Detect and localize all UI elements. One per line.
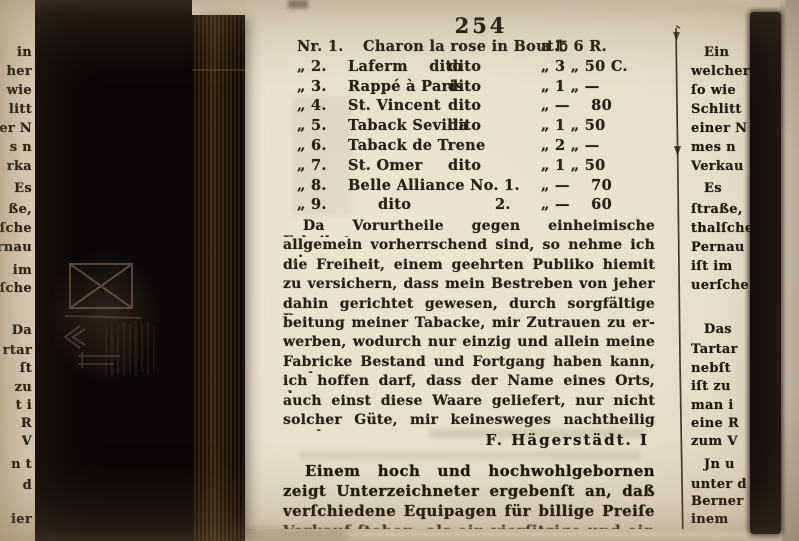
margin-text-fragment: Verkau (691, 159, 744, 174)
margin-text-fragment: s n (10, 140, 32, 155)
margin-text-fragment: ſt (20, 361, 32, 376)
price-row: „ 3. Rappé à Paris dito „ 1 „ — (283, 78, 655, 98)
bottom-smudge (228, 530, 348, 540)
price-row-dito: dito (448, 78, 481, 95)
film-black-strip-right (750, 12, 781, 534)
price-row-price: „ 1 „ 50 (541, 117, 606, 134)
price-row-dito: dito (448, 97, 481, 114)
price-row: „ 7. St. Omer dito „ 1 „ 50 (283, 157, 655, 177)
price-row-number: „ 6. (297, 137, 327, 154)
price-row-number: „ 2. (297, 58, 327, 75)
price-row-name: Rappé à Paris (348, 78, 464, 95)
paragraph-line: dahin gerichtet gewesen, durch sorgfälti… (283, 296, 655, 315)
price-row-number: „ 5. (297, 117, 327, 134)
margin-text-fragment: zu (15, 380, 32, 395)
price-row-name: Taback de Trene (348, 137, 486, 154)
margin-text-fragment: thalſche (691, 221, 753, 236)
margin-text-fragment: t i (16, 398, 32, 413)
price-row-dito: dito (448, 58, 481, 75)
price-row-number: „ 8. (297, 177, 327, 194)
price-row-number: „ 7. (297, 157, 327, 174)
margin-text-fragment: man i (691, 398, 734, 413)
margin-text-fragment: rtar (3, 343, 32, 358)
price-row-price: a ℔ 6 R. (541, 38, 607, 55)
margin-text-fragment: Jn u (704, 457, 735, 472)
price-row-number: „ 4. (297, 97, 327, 114)
column-divider-rule (668, 0, 694, 541)
margin-text-fragment: Das (704, 322, 732, 337)
margin-text-fragment: ier (11, 512, 32, 527)
margin-text-fragment: lſche (0, 221, 32, 236)
paragraph-line: Fabricke Bestand und Fortgang haben kann… (283, 354, 655, 373)
right-margin-column: Ein welcher ſo wie Schlitt einer N mes n… (688, 0, 758, 541)
margin-text-fragment: Tartar (691, 342, 738, 357)
margin-text-fragment: unter d (691, 477, 747, 492)
price-row-name: Laferm dito (348, 58, 462, 75)
margin-text-fragment: Pernau (691, 240, 745, 255)
embossed-stamp-icon (48, 248, 163, 383)
margin-text-fragment: ße, (8, 202, 32, 217)
page-number: 254 (283, 13, 655, 38)
margin-text-fragment: R (21, 416, 32, 431)
price-row: Nr. 1. Charon la rose in Bout. a ℔ 6 R. (283, 38, 655, 58)
margin-text-fragment: ſo wie (691, 83, 736, 98)
price-row: „ 4. St. Vincent dito „ — 80 (283, 97, 655, 117)
notice-paragraph: Einem hoch und hochwohlgebornen Adel zei… (283, 462, 655, 522)
price-row-name: St. Omer (348, 157, 423, 174)
margin-text-fragment: zum V (691, 434, 738, 449)
microfilm-photo: in her wie litt er N s n rka Es ße, lſch… (0, 0, 799, 541)
announcement-paragraph: Da Vorurtheile gegen einheimische Fabrik… (283, 218, 655, 431)
margin-text-fragment: welcher (691, 64, 750, 79)
price-row-price: „ 2 „ — (541, 137, 600, 154)
photo-top-border (245, 0, 785, 9)
paragraph-line: Da Vorurtheile gegen einheimische Fabrik… (283, 218, 655, 237)
price-row-number: „ 9. (297, 196, 327, 213)
margin-text-fragment: iſt im (691, 259, 733, 274)
price-row-dito: dito (448, 117, 481, 134)
margin-text-fragment: V (22, 434, 32, 449)
top-smudge (288, 0, 308, 8)
tobacco-price-list: Nr. 1. Charon la rose in Bout. a ℔ 6 R. … (283, 38, 655, 216)
bleed-through-smudge (300, 451, 640, 460)
notice-line: zeigt Unterzeichneter ergebenſt an, daß … (283, 482, 655, 502)
margin-text-fragment: nebſt (691, 361, 731, 376)
film-band-gutter-edge (192, 15, 245, 541)
margin-text-fragment: eine R (691, 416, 739, 431)
price-row: „ 2. Laferm dito dito „ 3 „ 50 C. (283, 58, 655, 78)
price-row-name: dito (378, 196, 411, 213)
price-row: „ 5. Taback Sevilla dito „ 1 „ 50 (283, 117, 655, 137)
notice-line: Einem hoch und hochwohlgebornen Adel (283, 462, 655, 482)
margin-text-fragment: ſtraße, (691, 202, 743, 217)
margin-text-fragment: uerſche (691, 278, 749, 293)
margin-text-fragment: Es (704, 181, 722, 196)
price-row-price: „ 1 „ — (541, 78, 600, 95)
margin-text-fragment: im (13, 263, 32, 278)
price-row-name: St. Vincent (348, 97, 441, 114)
paragraph-line: ich hoffen darf, dass der Name eines Ort… (283, 373, 655, 392)
margin-text-fragment: rka (7, 159, 32, 174)
margin-text-fragment: n t (11, 457, 32, 472)
margin-text-fragment: Es (14, 181, 32, 196)
signature: F. Hägerstädt. I (283, 431, 655, 449)
margin-text-fragment: Ein (704, 45, 729, 60)
margin-text-fragment: ſche (0, 281, 32, 296)
margin-text-fragment: d (23, 478, 32, 493)
price-row: „ 8. Belle Alliance No. 1. „ — 70 (283, 177, 655, 197)
paragraph-line: zu versichern, dass mein Bestreben von j… (283, 276, 655, 295)
margin-text-fragment: in (17, 45, 32, 60)
margin-text-fragment: iſt zu (691, 379, 731, 394)
margin-text-fragment: Berner (691, 494, 743, 509)
margin-text-fragment: rnau (0, 240, 32, 255)
margin-text-fragment: litt (9, 102, 32, 117)
margin-text-fragment: mes n (691, 140, 736, 155)
price-row-price: „ — 60 (541, 196, 612, 213)
price-row-name: Charon la rose in Bout. (363, 38, 559, 55)
left-margin-column: in her wie litt er N s n rka Es ße, lſch… (0, 0, 34, 541)
price-row-price: „ 1 „ 50 (541, 157, 606, 174)
margin-text-fragment: er N (0, 121, 32, 136)
price-row-price: „ 3 „ 50 C. (541, 58, 628, 75)
margin-text-fragment: Schlitt (691, 102, 742, 117)
price-row-dito: dito (448, 157, 481, 174)
paragraph-line: allgemein vorherrschend sind, so nehme i… (283, 237, 655, 256)
price-row-dito: 2. (495, 196, 511, 213)
margin-text-fragment: Da (12, 323, 32, 338)
price-row-number: Nr. 1. (297, 38, 344, 55)
paragraph-line: solcher Güte, mir keinesweges nachtheili… (283, 412, 655, 431)
paragraph-line: die Freiheit, einem geehrten Publiko hie… (283, 257, 655, 276)
margin-text-fragment: einer N (691, 121, 747, 136)
paragraph-line: werben, wodurch nur einzig und allein me… (283, 334, 655, 353)
film-band-seam (192, 69, 245, 71)
paragraph-line: beitung meiner Tabacke, mir Zutrauen zu … (283, 315, 655, 334)
notice-line: verſchiedene Equipagen für billige Preiſ… (283, 502, 655, 522)
price-row-number: „ 3. (297, 78, 327, 95)
price-row-price: „ — 70 (541, 177, 612, 194)
margin-text-fragment: wie (7, 83, 32, 98)
photo-right-edge (780, 0, 799, 541)
price-row: „ 6. Taback de Trene „ 2 „ — (283, 137, 655, 157)
margin-text-fragment: her (7, 64, 32, 79)
price-row-name: Belle Alliance No. 1. (348, 177, 520, 194)
price-row: „ 9. dito 2. „ — 60 (283, 196, 655, 216)
margin-text-fragment: inem (691, 512, 729, 527)
price-row-price: „ — 80 (541, 97, 612, 114)
paragraph-line: auch einst diese Waare geliefert, nur ni… (283, 393, 655, 412)
